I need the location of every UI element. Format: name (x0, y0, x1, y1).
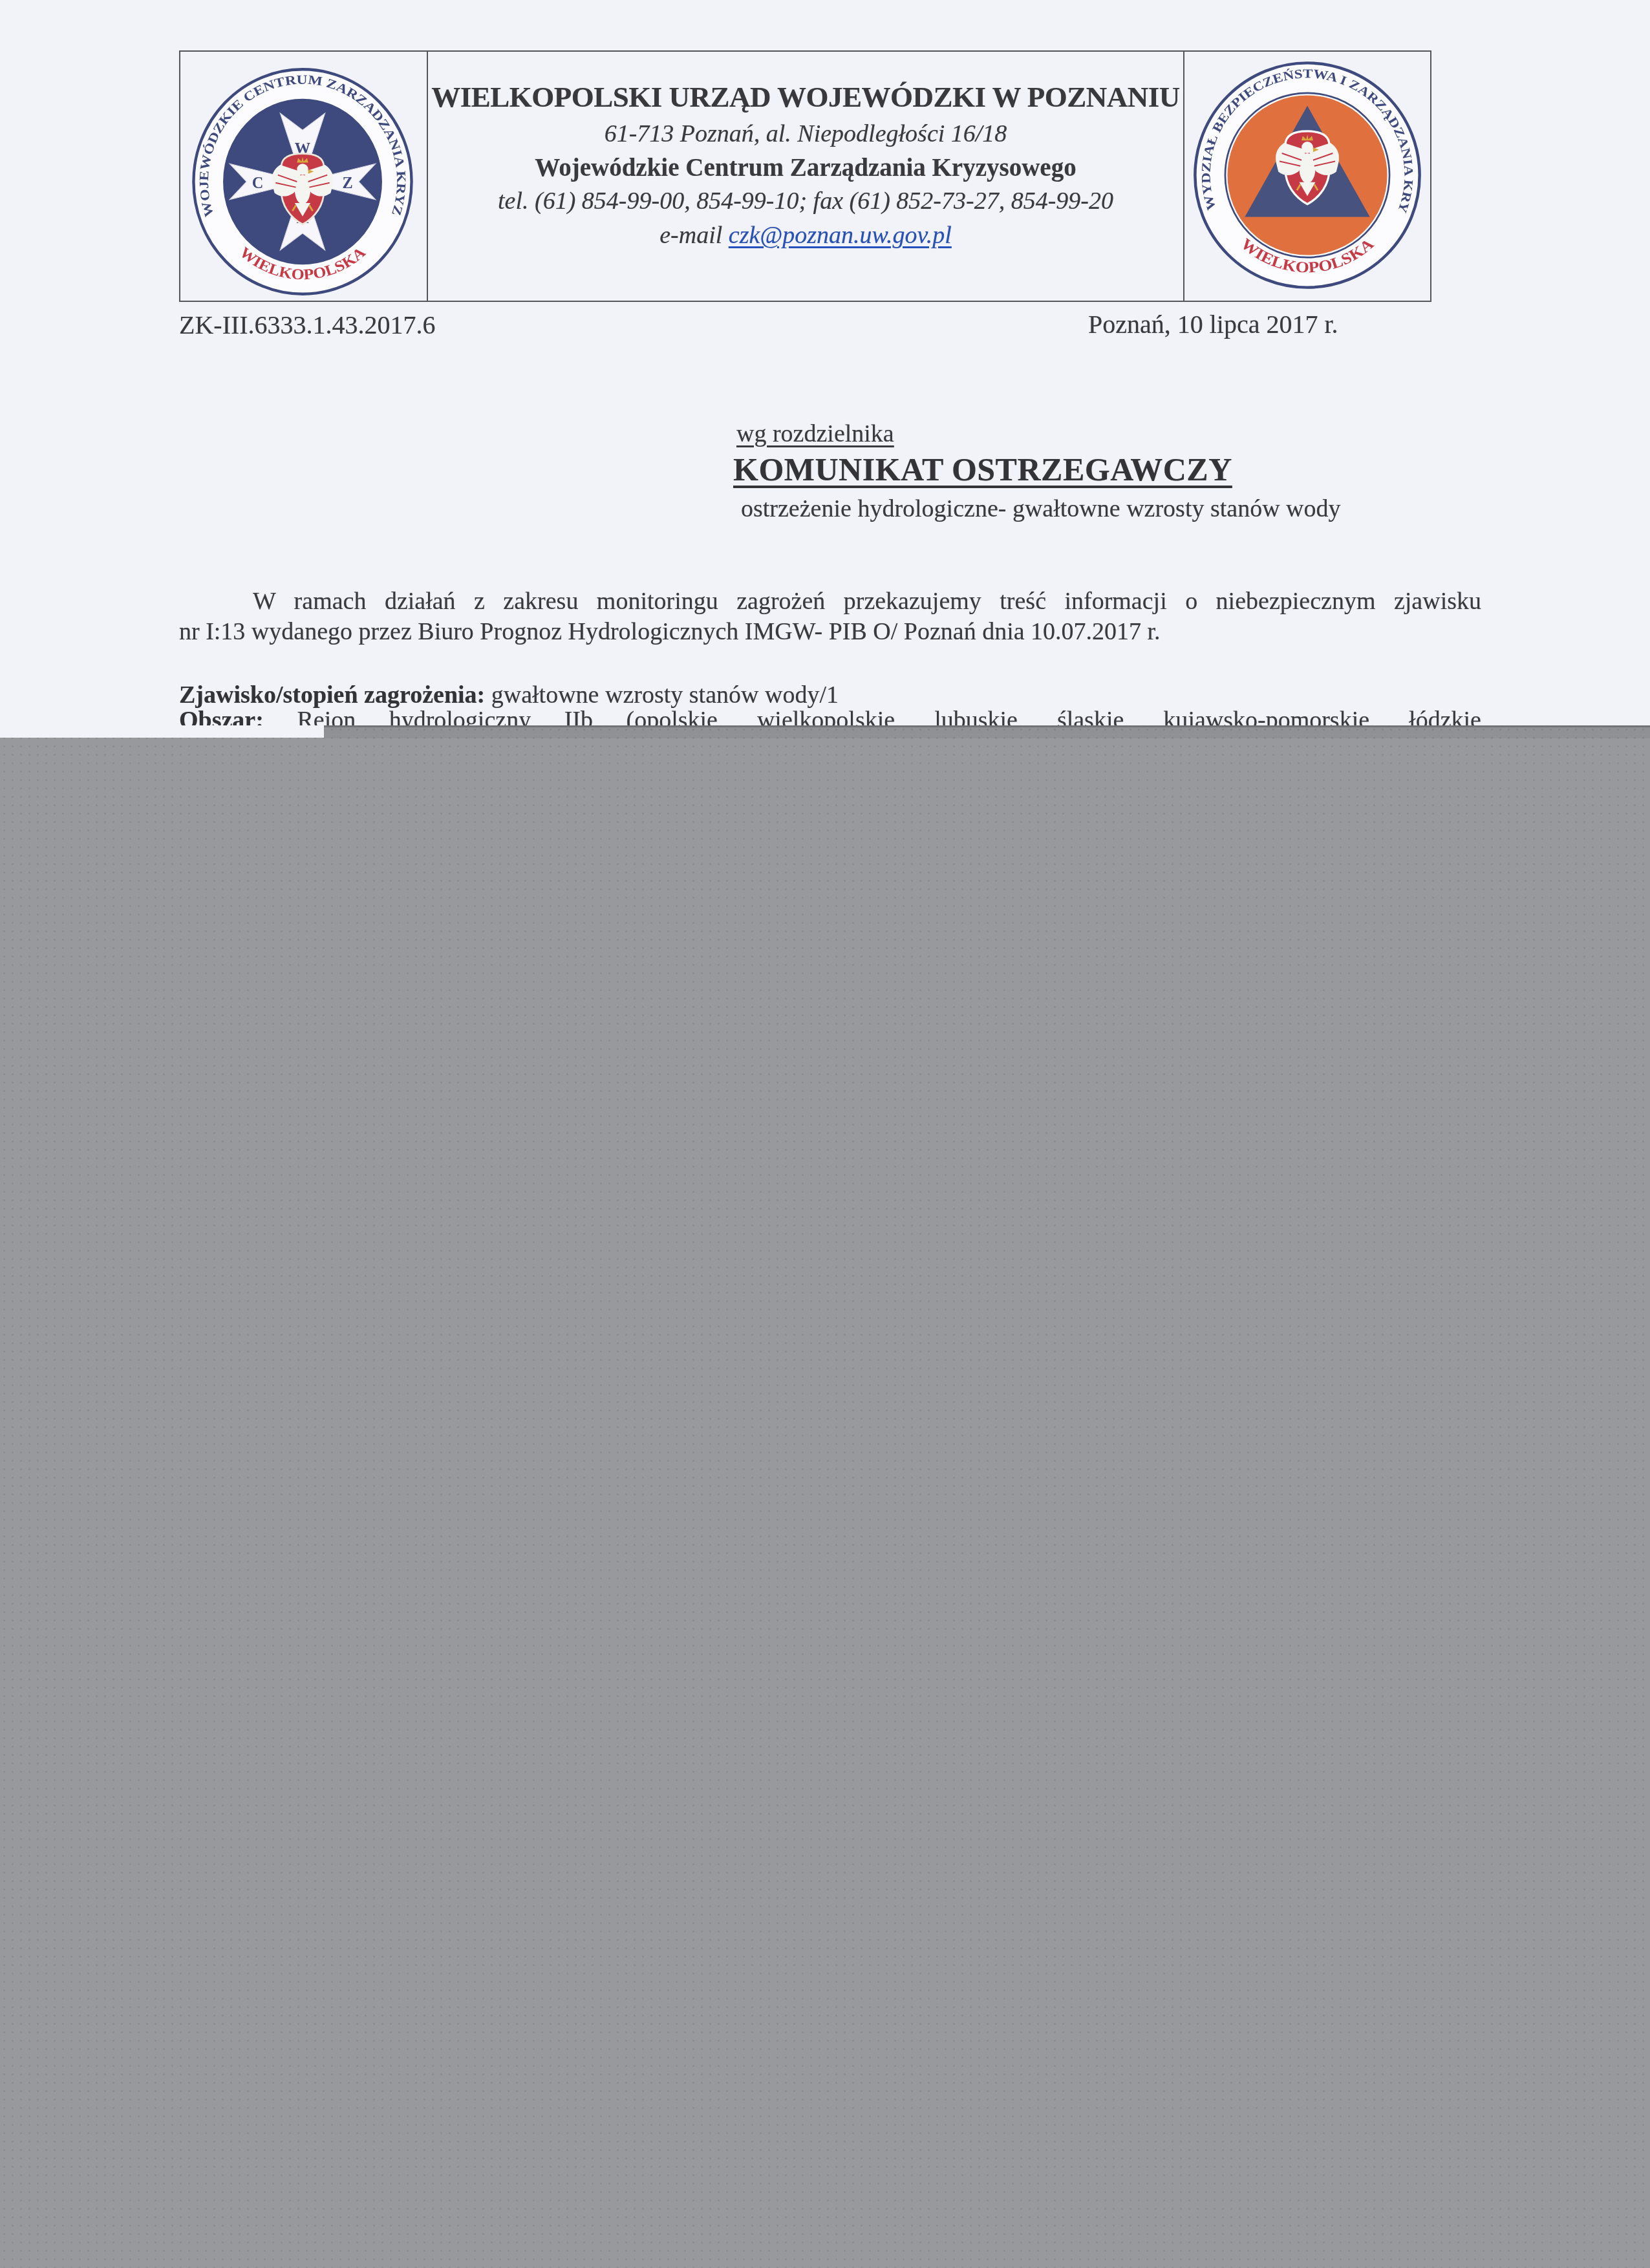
notice-title: KOMUNIKAT OSTRZEGAWCZY (733, 451, 1232, 488)
phenomenon-line: Zjawisko/stopień zagrożenia: gwałtowne w… (179, 681, 839, 709)
redaction-overlay-notch (0, 725, 324, 738)
distribution-note: wg rozdzielnika (736, 420, 894, 448)
org-address: 61-713 Poznań, al. Niepodległości 16/18 (428, 121, 1183, 147)
cross-letter-c: C (252, 175, 264, 192)
unit-name: Wojewódzkie Centrum Zarządzania Kryzysow… (428, 155, 1183, 182)
redaction-overlay (0, 725, 1650, 2268)
email-link[interactable]: czk@poznan.uw.gov.pl (729, 222, 952, 249)
org-name: WIELKOPOLSKI URZĄD WOJEWÓDZKI W POZNANIU (428, 81, 1183, 113)
phenomenon-value: gwałtowne wzrosty stanów wody/1 (491, 681, 839, 709)
cross-letter-z: Z (342, 175, 352, 192)
intro-paragraph-line-2: nr I:13 wydanego przez Biuro Prognoz Hyd… (179, 617, 1481, 647)
scanned-document-page: WOJEWÓDZKIE CENTRUM ZARZADZANIA KRYZYSOW… (0, 0, 1650, 2268)
email-line: e-mail czk@poznan.uw.gov.pl (428, 222, 1183, 249)
letterhead-divider-right (1183, 52, 1184, 301)
reference-number: ZK-III.6333.1.43.2017.6 (179, 310, 436, 340)
right-seal-civil-defense-emblem: WYDZIAŁ BEZPIECZEŃSTWA I ZARZĄDZANIA KRY… (1192, 59, 1423, 291)
phone-fax-line: tel. (61) 854-99-00, 854-99-10; fax (61)… (428, 188, 1183, 215)
intro-paragraph-line-1: W ramach działań z zakresu monitoringu z… (179, 586, 1481, 617)
place-date: Poznań, 10 lipca 2017 r. (1088, 309, 1338, 339)
redaction-overlay-top-band (324, 725, 1650, 738)
email-label: e-mail (659, 222, 722, 249)
left-seal-crisis-centre-emblem: WOJEWÓDZKIE CENTRUM ZARZADZANIA KRYZYSOW… (190, 66, 415, 297)
phenomenon-label: Zjawisko/stopień zagrożenia: (179, 681, 485, 709)
notice-subtitle: ostrzeżenie hydrologiczne- gwałtowne wzr… (741, 495, 1341, 523)
intro-paragraph: W ramach działań z zakresu monitoringu z… (179, 586, 1481, 647)
